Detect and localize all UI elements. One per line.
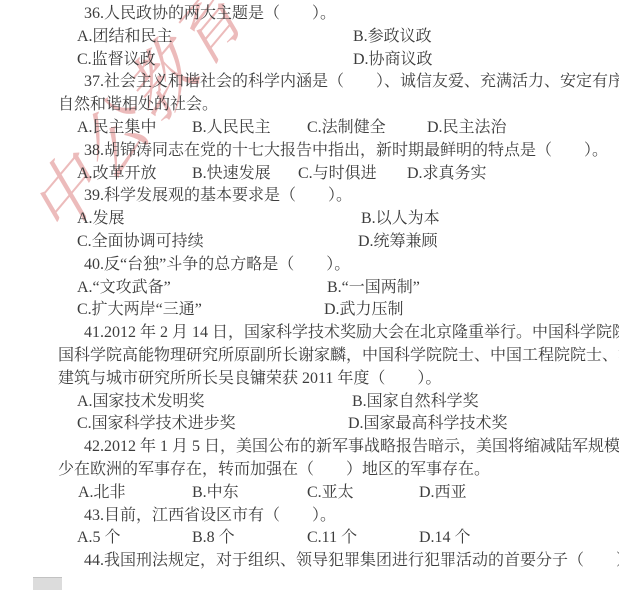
q40-option-b: B.“一国两制” — [327, 277, 420, 300]
q40-stem: 40.反“台独”斗争的总方略是（ ）。 — [0, 254, 619, 277]
q38-option-c: C.与时俱进 — [298, 163, 377, 186]
q36-option-a: A.团结和民主 — [77, 26, 173, 49]
q36-option-d: D.协商议政 — [353, 49, 433, 72]
q40-option-a: A.“文攻武备” — [77, 277, 171, 300]
q38-option-d: D.求真务实 — [407, 163, 487, 186]
q41-stem-line-1: 41.2012 年 2 月 14 日，国家科学技术奖励大会在北京隆重举行。中国科… — [0, 322, 619, 345]
q39-option-a: A.发展 — [77, 208, 125, 231]
q39-option-d: D.统筹兼顾 — [358, 231, 438, 254]
q42-stem-line-2: 少在欧洲的军事存在，转而加强在（ ）地区的军事存在。 — [0, 459, 619, 482]
q40-options-row-2: C.扩大两岸“三通” D.武力压制 — [0, 299, 619, 322]
q38-options-row: A.改革开放 B.快速发展 C.与时俱进 D.求真务实 — [0, 163, 619, 186]
q42-option-a: A.北非 — [78, 482, 126, 505]
q40-options-row-1: A.“文攻武备” B.“一国两制” — [0, 277, 619, 300]
q41-option-d: D.国家最高科学技术奖 — [348, 413, 508, 436]
q41-stem-line-3: 建筑与城市研究所所长吴良镛荣获 2011 年度（ ）。 — [0, 368, 619, 391]
q39-options-row-2: C.全面协调可持续 D.统筹兼顾 — [0, 231, 619, 254]
q37-option-b: B.人民民主 — [192, 117, 271, 140]
q38-stem: 38.胡锦涛同志在党的十七大报告中指出，新时期最鲜明的特点是（ ）。 — [0, 140, 619, 163]
q42-stem-line-1: 42.2012 年 1 月 5 日，美国公布的新军事战略报告暗示，美国将缩减陆军… — [0, 436, 619, 459]
q37-stem-line-1: 37.社会主义和谐社会的科学内涵是（ ）、诚信友爱、充满活力、安定有序、人与 — [0, 71, 619, 94]
q37-option-a: A.民主集中 — [77, 117, 157, 140]
q42-option-b: B.中东 — [192, 482, 239, 505]
q44-stem: 44.我国刑法规定，对于组织、领导犯罪集团进行犯罪活动的首要分子（ ）。 — [0, 550, 619, 573]
q36-stem: 36.人民政协的两大主题是（ ）。 — [0, 3, 619, 26]
q37-options-row: A.民主集中 B.人民民主 C.法制健全 D.民主法治 — [0, 117, 619, 140]
q40-option-c: C.扩大两岸“三通” — [77, 299, 202, 322]
q37-stem-line-2: 自然和谐相处的社会。 — [0, 94, 619, 117]
q41-options-row-1: A.国家技术发明奖 B.国家自然科学奖 — [0, 391, 619, 414]
q43-option-d: D.14 个 — [419, 527, 471, 550]
q43-options-row: A.5 个 B.8 个 C.11 个 D.14 个 — [0, 527, 619, 550]
q42-options-row: A.北非 B.中东 C.亚太 D.西亚 — [0, 482, 619, 505]
q43-stem: 43.目前，江西省设区市有（ ）。 — [0, 505, 619, 528]
partial-grey-box — [33, 577, 62, 590]
q36-option-b: B.参政议政 — [353, 26, 432, 49]
q38-option-b: B.快速发展 — [192, 163, 271, 186]
q41-option-c: C.国家科学技术进步奖 — [77, 413, 236, 436]
q37-option-c: C.法制健全 — [307, 117, 386, 140]
document-page: 中公教育 36.人民政协的两大主题是（ ）。 A.团结和民主 B.参政议政 C.… — [0, 0, 619, 590]
q41-option-b: B.国家自然科学奖 — [352, 391, 479, 414]
q40-option-d: D.武力压制 — [324, 299, 404, 322]
q43-option-b: B.8 个 — [192, 527, 235, 550]
q43-option-a: A.5 个 — [77, 527, 121, 550]
q38-option-a: A.改革开放 — [77, 163, 157, 186]
q39-stem: 39.科学发展观的基本要求是（ ）。 — [0, 185, 619, 208]
q42-option-c: C.亚太 — [307, 482, 354, 505]
q39-options-row-1: A.发展 B.以人为本 — [0, 208, 619, 231]
q43-option-c: C.11 个 — [307, 527, 357, 550]
exam-content: 36.人民政协的两大主题是（ ）。 A.团结和民主 B.参政议政 C.监督议政 … — [0, 3, 619, 573]
q36-options-row-2: C.监督议政 D.协商议政 — [0, 49, 619, 72]
q36-option-c: C.监督议政 — [77, 49, 156, 72]
q37-option-d: D.民主法治 — [427, 117, 507, 140]
q39-option-c: C.全面协调可持续 — [77, 231, 204, 254]
q39-option-b: B.以人为本 — [361, 208, 440, 231]
q41-stem-line-2: 国科学院高能物理研究所原副所长谢家麟，中国科学院院士、中国工程院院士、清华大学 — [0, 345, 619, 368]
q41-options-row-2: C.国家科学技术进步奖 D.国家最高科学技术奖 — [0, 413, 619, 436]
q36-options-row-1: A.团结和民主 B.参政议政 — [0, 26, 619, 49]
q42-option-d: D.西亚 — [419, 482, 467, 505]
q41-option-a: A.国家技术发明奖 — [77, 391, 205, 414]
